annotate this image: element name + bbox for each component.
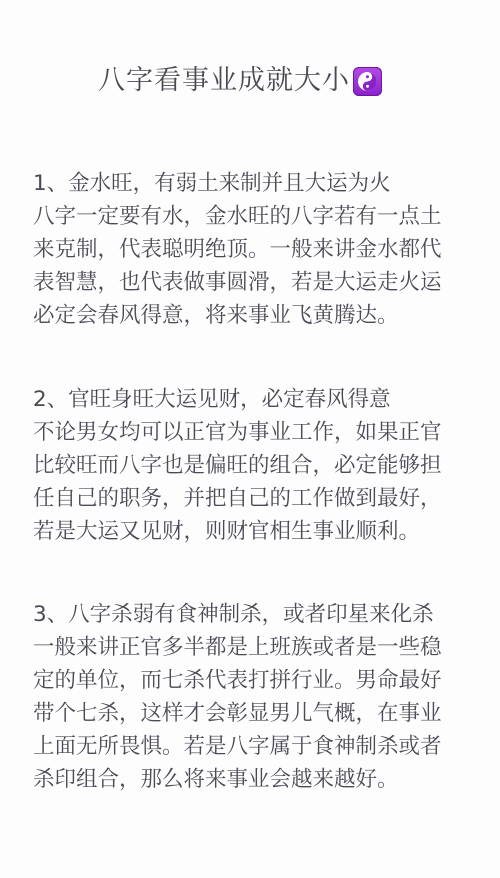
paragraph-line: 不论男女均可以正官为事业工作，如果正官 — [33, 416, 473, 449]
paragraph-line: 带个七杀，这样才会彰显男儿气概，在事业 — [33, 697, 473, 730]
section-heading: 3、八字杀弱有食神制杀，或者印星来化杀 — [33, 598, 473, 631]
paragraph-line: 来克制，代表聪明绝顶。一般来讲金水都代 — [33, 233, 473, 266]
section-1: 1、金水旺，有弱土来制并且大运为火 八字一定要有水，金水旺的八字若有一点土 来克… — [33, 167, 473, 332]
paragraph-line: 定的单位，而七杀代表打拼行业。男命最好 — [33, 664, 473, 697]
page-title: 八字看事业成就大小 — [0, 62, 480, 100]
paragraph-line: 上面无所畏惧。若是八字属于食神制杀或者 — [33, 730, 473, 763]
paragraph-line: 表智慧，也代表做事圆滑，若是大运走火运 — [33, 266, 473, 299]
paragraph-line: 任自己的职务，并把自己的工作做到最好， — [33, 482, 473, 515]
section-3: 3、八字杀弱有食神制杀，或者印星来化杀 一般来讲正官多半都是上班族或者是一些稳 … — [33, 598, 473, 796]
section-2: 2、官旺身旺大运见财，必定春风得意 不论男女均可以正官为事业工作，如果正官 比较… — [33, 383, 473, 548]
section-heading: 2、官旺身旺大运见财，必定春风得意 — [33, 383, 473, 416]
paragraph-line: 一般来讲正官多半都是上班族或者是一些稳 — [33, 631, 473, 664]
section-heading: 1、金水旺，有弱土来制并且大运为火 — [33, 167, 473, 200]
title-text: 八字看事业成就大小 — [98, 62, 350, 100]
paragraph-line: 必定会春风得意，将来事业飞黄腾达。 — [33, 299, 473, 332]
paragraph-line: 比较旺而八字也是偏旺的组合，必定能够担 — [33, 449, 473, 482]
paragraph-line: 八字一定要有水，金水旺的八字若有一点土 — [33, 200, 473, 233]
yin-yang-icon — [353, 67, 382, 96]
paragraph-line: 若是大运又见财，则财官相生事业顺利。 — [33, 515, 473, 548]
paragraph-line: 杀印组合，那么将来事业会越来越好。 — [33, 763, 473, 796]
